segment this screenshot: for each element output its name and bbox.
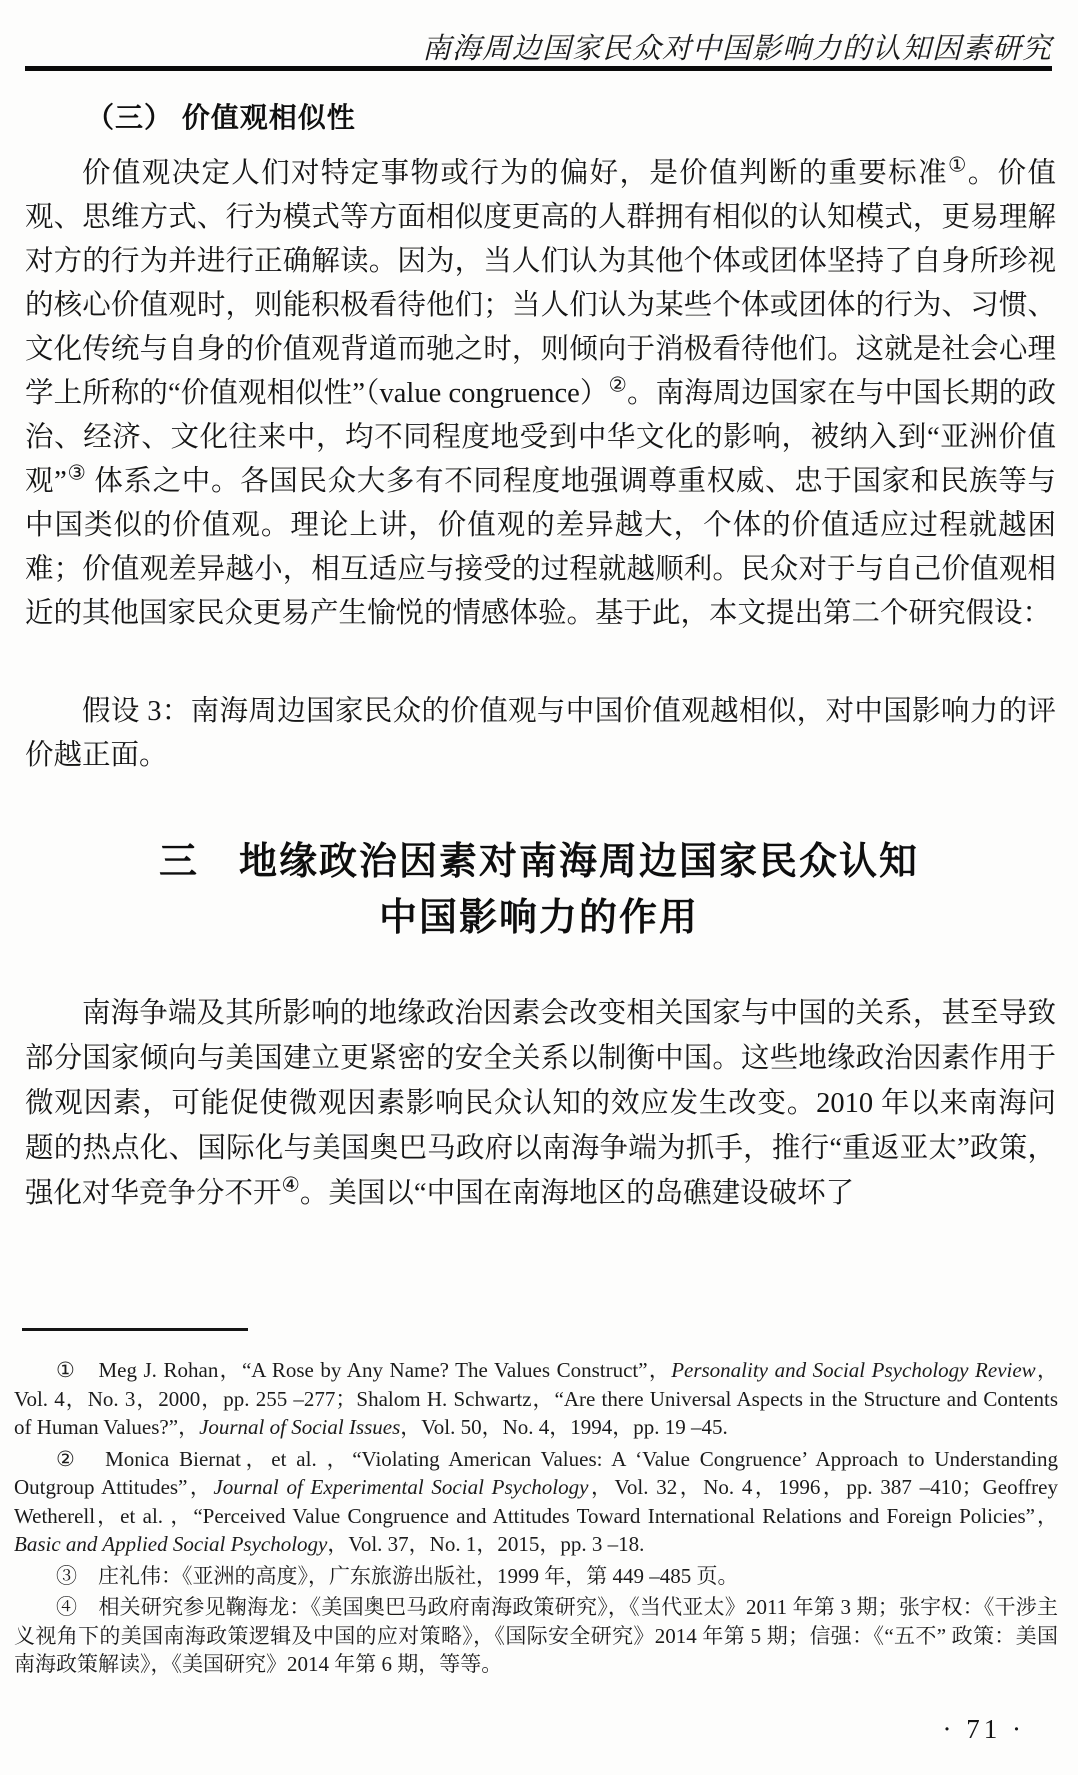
paragraph-hypothesis-3: 假设 3：南海周边国家民众的价值观与中国价值观越相似，对中国影响力的评价越正面。	[25, 690, 1056, 778]
header-rule	[25, 66, 1052, 71]
text-run: 价值观决定人们对特定事物或行为的偏好，是价值判断的重要标准	[82, 158, 948, 189]
running-title: 南海周边国家民众对中国影响力的认知因素研究	[422, 26, 1052, 67]
chapter-heading-line1: 三 地缘政治因素对南海周边国家民众认知	[0, 834, 1078, 890]
text-run: Journal of Social Issues	[199, 1415, 400, 1439]
text-run: 假设 3：南海周边国家民众的价值观与中国价值观越相似，对中国影响力的评价越正面。	[25, 696, 1056, 771]
chapter-heading: 三 地缘政治因素对南海周边国家民众认知 中国影响力的作用	[0, 834, 1078, 946]
footnote-item: ① Meg J. Rohan，“A Rose by Any Name? The …	[14, 1356, 1058, 1442]
footnote-ref-marker: ①	[948, 155, 968, 177]
text-run: ，Vol. 50，No. 4，1994，pp. 19 –45.	[400, 1415, 727, 1439]
paragraph-geopolitics: 南海争端及其所影响的地缘政治因素会改变相关国家与中国的关系，甚至导致部分国家倾向…	[25, 991, 1056, 1216]
text-run: Basic and Applied Social Psychology	[14, 1532, 327, 1556]
footnote-item: ④ 相关研究参见鞠海龙：《美国奥巴马政府南海政策研究》，《当代亚太》2011 年…	[14, 1593, 1058, 1679]
text-run: ① Meg J. Rohan，“A Rose by Any Name? The …	[56, 1358, 671, 1382]
paragraph-values-similarity: 价值观决定人们对特定事物或行为的偏好，是价值判断的重要标准①。价值观、思维方式、…	[25, 152, 1056, 636]
text-run: ，Vol. 37，No. 1，2015，pp. 3 –18.	[327, 1532, 644, 1556]
page-number: · 71 ·	[943, 1714, 1025, 1745]
footnote-item: ③ 庄礼伟：《亚洲的高度》，广东旅游出版社，1999 年，第 449 –485 …	[14, 1562, 1058, 1591]
text-run: ③ 庄礼伟：《亚洲的高度》，广东旅游出版社，1999 年，第 449 –485 …	[56, 1564, 739, 1588]
text-run: 。价值观、思维方式、行为模式等方面相似度更高的人群拥有相似的认知模式，更易理解对…	[25, 158, 1056, 409]
chapter-heading-line2: 中国影响力的作用	[0, 890, 1078, 946]
section-heading: （三） 价值观相似性	[86, 101, 356, 135]
text-run: Journal of Experimental Social Psycholog…	[213, 1475, 588, 1499]
footnote-list: ① Meg J. Rohan，“A Rose by Any Name? The …	[14, 1356, 1058, 1682]
footnote-ref-marker: ②	[609, 375, 628, 397]
footnote-item: ② Monica Biernat，et al. ，“Violating Amer…	[14, 1445, 1058, 1559]
text-run: ④ 相关研究参见鞠海龙：《美国奥巴马政府南海政策研究》，《当代亚太》2011 年…	[14, 1595, 1058, 1676]
text-run: 体系之中。各国民众大多有不同程度地强调尊重权威、忠于国家和民族等与中国类似的价值…	[25, 466, 1056, 629]
document-page: 南海周边国家民众对中国影响力的认知因素研究 （三） 价值观相似性 价值观决定人们…	[0, 0, 1078, 1775]
footnote-separator-rule	[22, 1328, 248, 1331]
footnote-ref-marker: ③	[67, 463, 87, 485]
text-run: 。美国以“中国在南海地区的岛礁建设破坏了	[300, 1178, 854, 1209]
text-run: Personality and Social Psychology Review	[671, 1358, 1036, 1382]
footnote-ref-marker: ④	[282, 1175, 300, 1197]
